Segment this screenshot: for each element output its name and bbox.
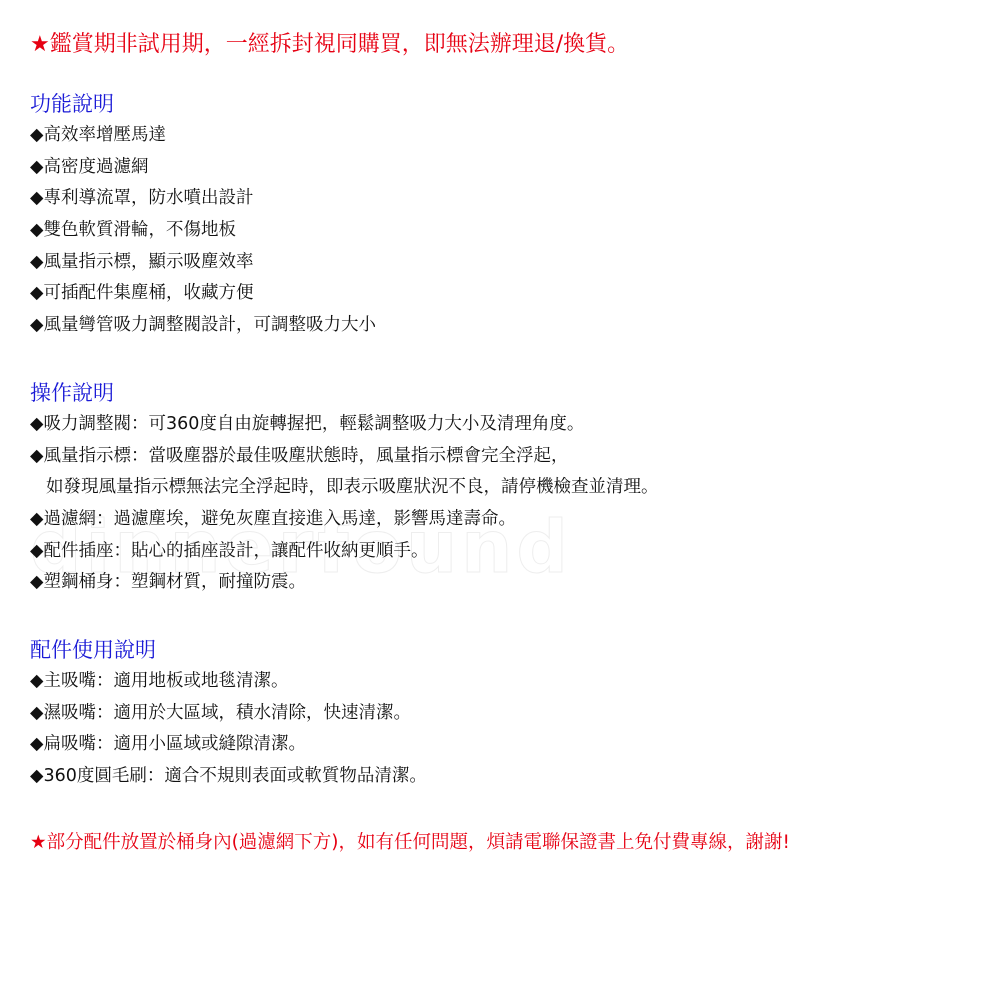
section-title: 操作說明 bbox=[30, 377, 659, 409]
operation-item-continuation: 如發現風量指示標無法完全浮起時，即表示吸塵狀況不良，請停機檢查並清理。 bbox=[30, 472, 659, 504]
feature-item: ◆雙色軟質滑輪，不傷地板 bbox=[30, 215, 376, 247]
section-title: 配件使用說明 bbox=[30, 634, 427, 666]
feature-item: ◆高密度過濾網 bbox=[30, 152, 376, 184]
operation-item: ◆吸力調整閥：可360度自由旋轉握把，輕鬆調整吸力大小及清理角度。 bbox=[30, 409, 659, 441]
feature-item: ◆可插配件集塵桶，收藏方便 bbox=[30, 278, 376, 310]
section-operation: 操作說明 ◆吸力調整閥：可360度自由旋轉握把，輕鬆調整吸力大小及清理角度。 ◆… bbox=[30, 377, 659, 599]
feature-item: ◆高效率增壓馬達 bbox=[30, 120, 376, 152]
return-policy-notice: ★鑑賞期非試用期，一經拆封視同購買，即無法辦理退/換貨。 bbox=[30, 27, 629, 58]
feature-item: ◆風量指示標，顯示吸塵效率 bbox=[30, 247, 376, 279]
section-title: 功能說明 bbox=[30, 88, 376, 120]
operation-item: ◆配件插座：貼心的插座設計，讓配件收納更順手。 bbox=[30, 536, 659, 568]
operation-item: ◆塑鋼桶身：塑鋼材質，耐撞防震。 bbox=[30, 567, 659, 599]
accessory-item: ◆360度圓毛刷：適合不規則表面或軟質物品清潔。 bbox=[30, 761, 427, 793]
accessory-item: ◆扁吸嘴：適用小區域或縫隙清潔。 bbox=[30, 729, 427, 761]
operation-item: ◆過濾網：過濾塵埃，避免灰塵直接進入馬達，影響馬達壽命。 bbox=[30, 504, 659, 536]
feature-item: ◆專利導流罩，防水噴出設計 bbox=[30, 183, 376, 215]
section-accessories: 配件使用說明 ◆主吸嘴：適用地板或地毯清潔。 ◆濕吸嘴：適用於大區域，積水清除，… bbox=[30, 634, 427, 793]
product-info-page: dinnerfound ★鑑賞期非試用期，一經拆封視同購買，即無法辦理退/換貨。… bbox=[0, 0, 1000, 1000]
accessory-item: ◆主吸嘴：適用地板或地毯清潔。 bbox=[30, 666, 427, 698]
accessory-item: ◆濕吸嘴：適用於大區域，積水清除，快速清潔。 bbox=[30, 698, 427, 730]
section-features: 功能說明 ◆高效率增壓馬達 ◆高密度過濾網 ◆專利導流罩，防水噴出設計 ◆雙色軟… bbox=[30, 88, 376, 342]
feature-item: ◆風量彎管吸力調整閥設計，可調整吸力大小 bbox=[30, 310, 376, 342]
accessory-storage-notice: ★部分配件放置於桶身內(過濾網下方)，如有任何問題，煩請電聯保證書上免付費專線，… bbox=[30, 828, 790, 854]
operation-item: ◆風量指示標：當吸塵器於最佳吸塵狀態時，風量指示標會完全浮起， bbox=[30, 441, 659, 473]
